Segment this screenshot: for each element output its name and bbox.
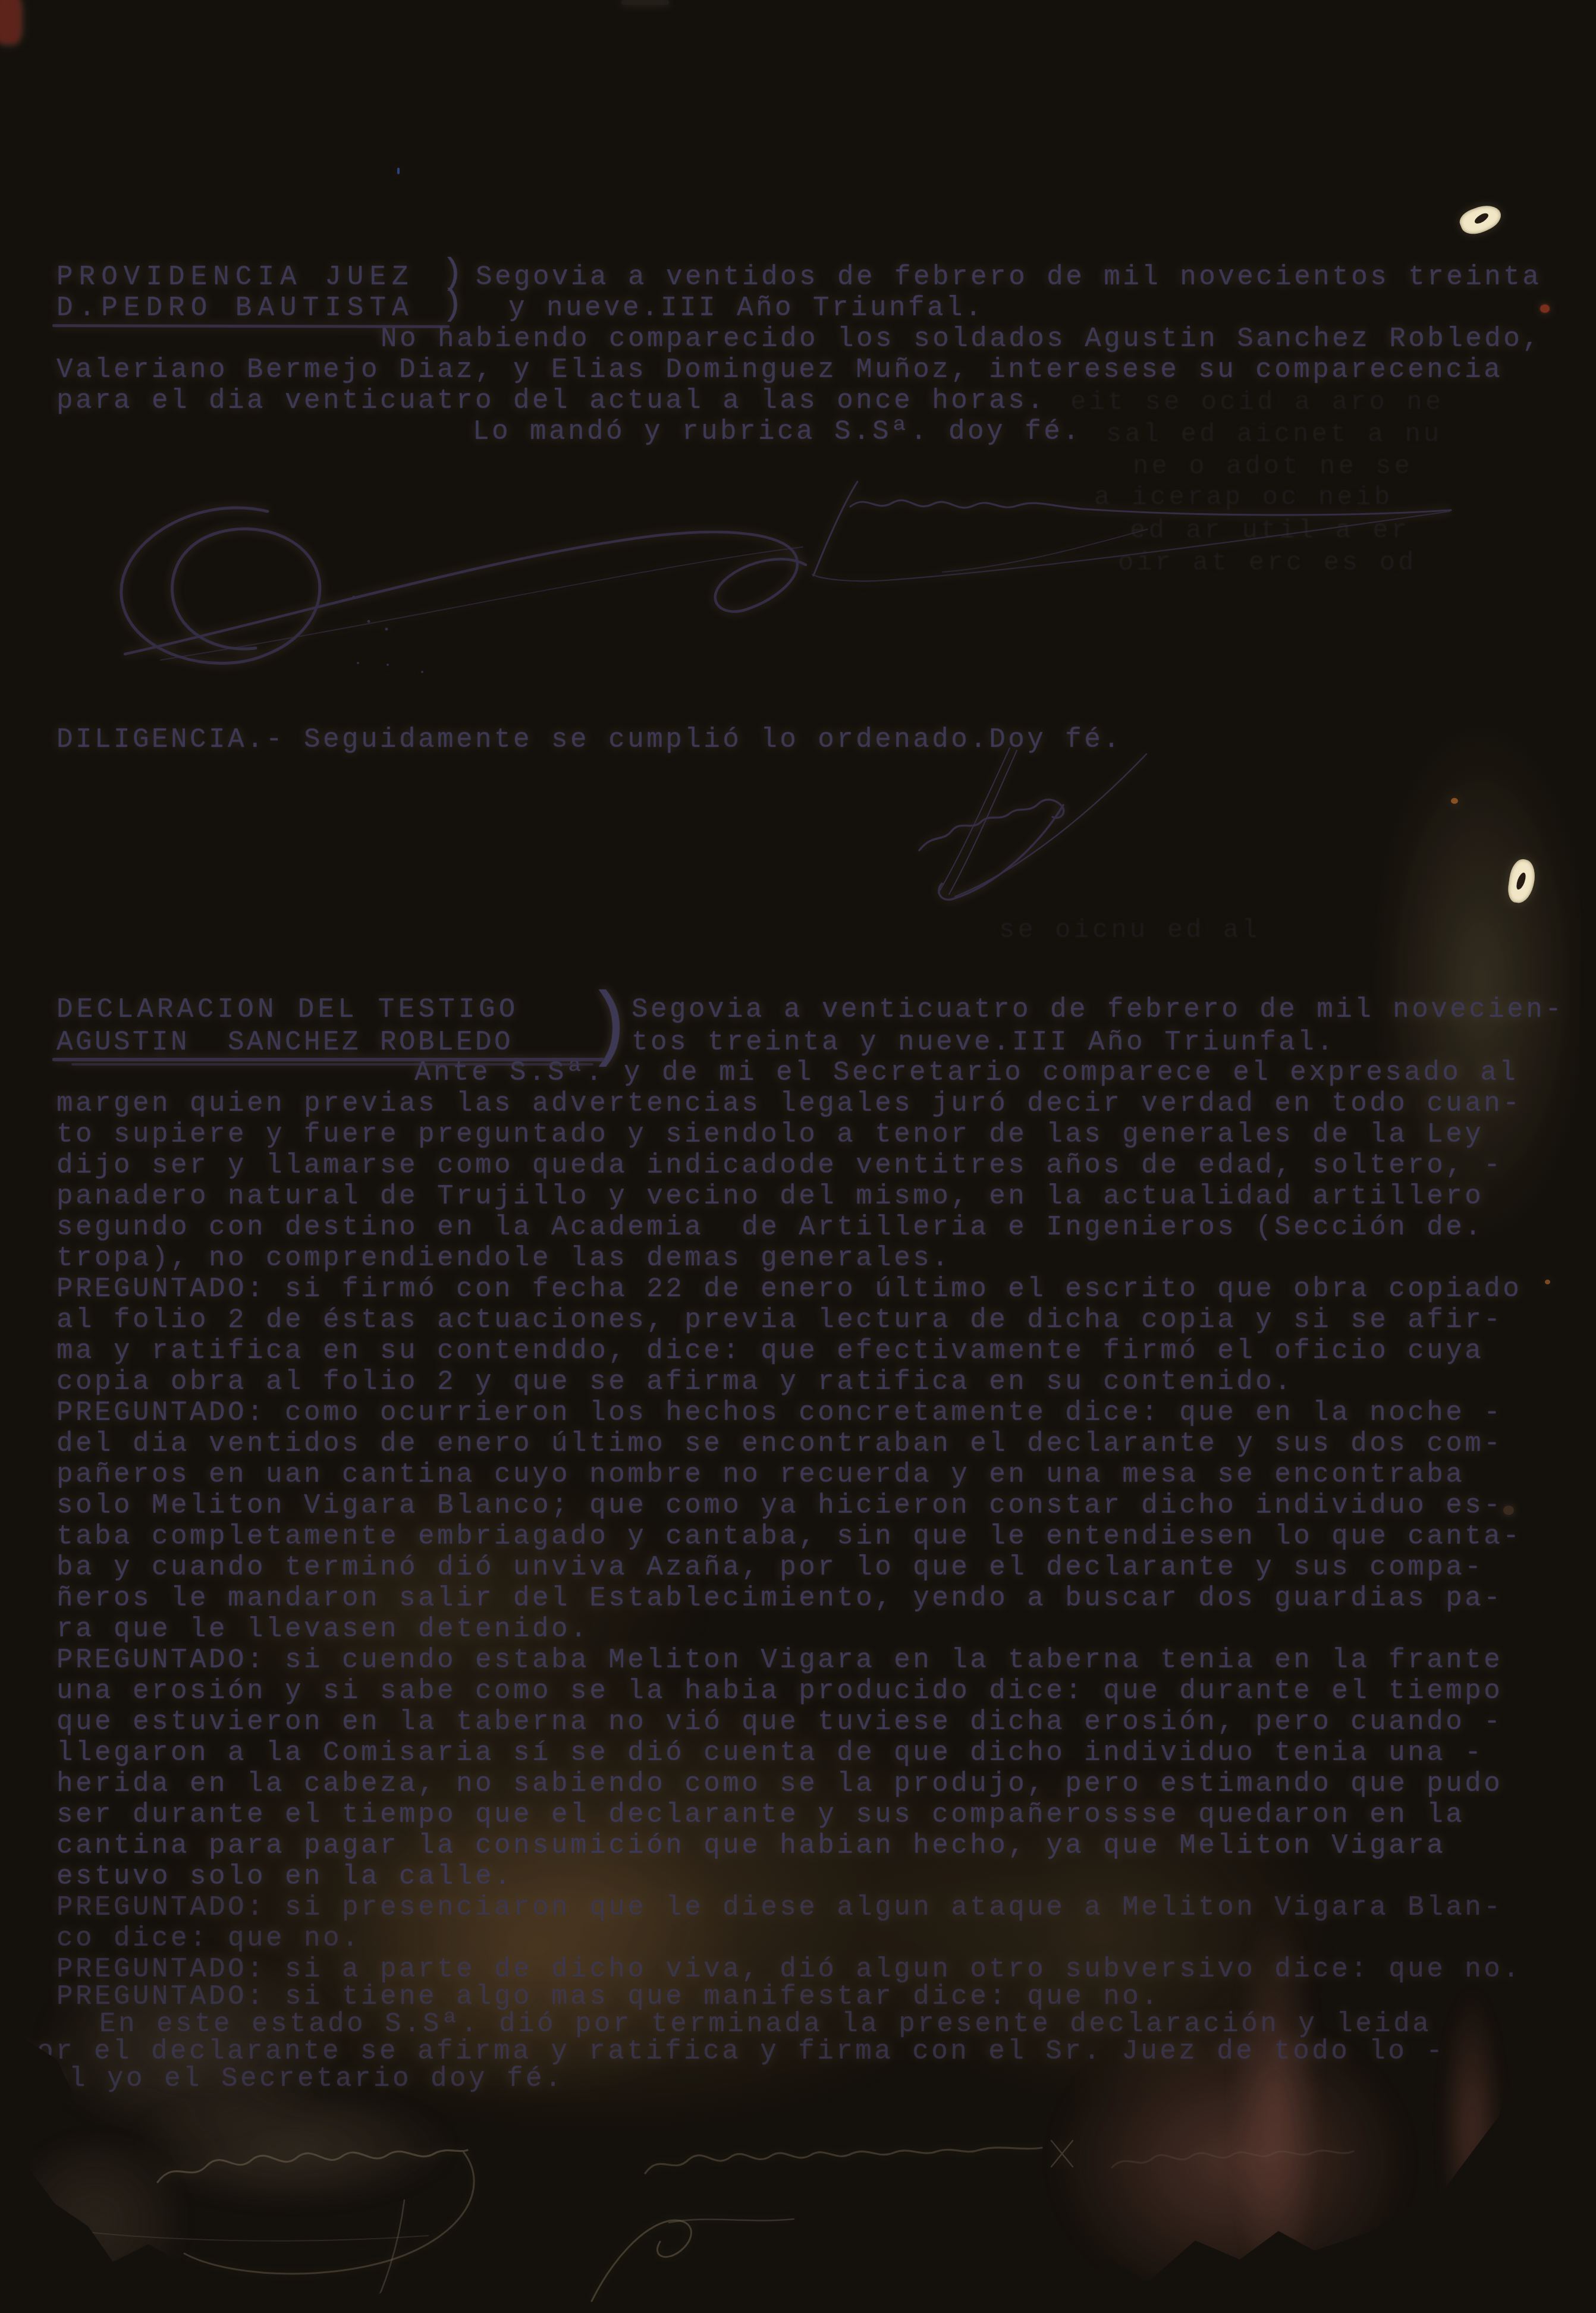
- typed-line: PREGUNTADO: si tiene algo mas que manife…: [56, 1981, 1160, 2012]
- typed-line: to supiere y fuere preguntado y siendolo…: [56, 1119, 1484, 1150]
- ink-blot: [1540, 304, 1550, 313]
- margin-label-underline: [71, 1063, 593, 1066]
- typed-line: ba y cuando terminó dió unviva Azaña, po…: [56, 1552, 1484, 1583]
- typed-line: AGUSTIN SANCHEZ ROBLEDO: [56, 1027, 513, 1058]
- margin-label-underline: [52, 1058, 604, 1061]
- typed-line: PROVIDENCIA JUEZ: [56, 262, 414, 293]
- typed-line: copia obra al folio 2 y que se afirma y …: [56, 1366, 1293, 1397]
- typed-line: y nueve.III Año Triunfal.: [508, 293, 984, 323]
- typed-line: Lo mandó y rubrica S.Sª. doy fé.: [473, 416, 1082, 447]
- typed-line: que estuvieron en la taberna no vió que …: [56, 1707, 1503, 1737]
- soot-smudge: [125, 2081, 458, 2212]
- typed-line: PREGUNTADO: si firmó con fecha 22 de ene…: [56, 1274, 1522, 1305]
- typed-line: No habiendo comparecido los soldados Agu…: [381, 323, 1541, 354]
- typed-line: solo Meliton Vigara Blanco; que como ya …: [56, 1490, 1503, 1521]
- typed-line: co dice: que no.: [56, 1923, 361, 1954]
- typed-line: dijo ser y llamarse como queda indicadod…: [56, 1150, 1503, 1181]
- bleedthrough-line: ed ar util a er: [1130, 516, 1410, 546]
- diligencia-signature: [862, 743, 1165, 904]
- typed-line: herida en la cabeza, no sabiendo como se…: [56, 1768, 1503, 1799]
- typed-line: segundo con destino en la Academia de Ar…: [56, 1212, 1484, 1243]
- typed-line: D.PEDRO BAUTISTA: [56, 293, 414, 323]
- typed-line: tos treinta y nueve.III Año Triunfal.: [632, 1027, 1336, 1058]
- typed-line: para el dia venticuatro del actual a las…: [56, 385, 1046, 416]
- typed-line: taba completamente embriagado y cantaba,…: [56, 1521, 1522, 1552]
- typed-line: ñeros le mandaron salir del Establecimie…: [56, 1583, 1503, 1614]
- typed-line: Valeriano Bermejo Diaz, y Elias Domingue…: [56, 354, 1503, 385]
- typed-line: Segovia a venticuatro de febrero de mil …: [632, 994, 1564, 1025]
- typed-line: PREGUNTADO: como ocurrieron los hechos c…: [56, 1397, 1503, 1428]
- typed-line: Ante S.Sª. y de mi el Secretario compare…: [414, 1057, 1518, 1088]
- ink-blot: [1503, 1506, 1514, 1515]
- blue-speck: [397, 168, 400, 174]
- bleedthrough-line: ne o adot ne se: [1133, 452, 1413, 482]
- corner-burn-mark: [0, 0, 21, 44]
- bleedthrough-line: sal ed aicnet a nu: [1106, 420, 1442, 450]
- pencil-signatures: [48, 2117, 1433, 2313]
- signature-agustin-sanchez: [645, 2141, 1073, 2173]
- paper-tear: [1506, 857, 1537, 904]
- typed-line: En este estado S.Sª. dió por terminada l…: [99, 2009, 1431, 2039]
- judge-rubric-signature: [89, 476, 832, 696]
- typed-line: llegaron a la Comisaria sí se dió cuenta…: [56, 1737, 1484, 1768]
- typed-line: cantina para pagar la consumición que ha…: [56, 1830, 1446, 1861]
- signature-bottom-center: [592, 2219, 794, 2301]
- bleedthrough-line: a icerap oc neib: [1094, 483, 1393, 513]
- signature-bautista: [65, 2150, 474, 2312]
- typed-line: DECLARACION DEL TESTIGO: [56, 994, 519, 1025]
- document-page: eit se ocid a aro nesal ed aicnet a nune…: [0, 0, 1596, 2313]
- typed-line: al folio 2 de éstas actuaciones, previa …: [56, 1305, 1503, 1335]
- typed-line: por el declarante se afirma y ratifica y…: [18, 2036, 1445, 2067]
- typed-line: del dia ventidos de enero último se enco…: [56, 1428, 1503, 1459]
- typed-line: margen quien previas las advertencias le…: [56, 1088, 1522, 1119]
- bleedthrough-line: se oicnu ed al: [999, 916, 1261, 945]
- margin-label-underline: [52, 324, 450, 328]
- soot-smudge: [0, 2129, 190, 2313]
- typed-line: PREGUNTADO: si presenciaron que le diese…: [56, 1892, 1503, 1923]
- typed-line: ra que le llevasen detenido.: [56, 1614, 589, 1645]
- typed-line: tropa), no comprendiendole las demas gen…: [56, 1243, 951, 1274]
- typed-line: cual yo el Secretario doy fé.: [12, 2063, 564, 2094]
- typed-line: PREGUNTADO: si a parte de dicho viva, di…: [56, 1954, 1522, 1985]
- typed-line: estuvo solo en la calle.: [56, 1861, 513, 1892]
- typed-line: PREGUNTADO: si cuendo estaba Meliton Vig…: [56, 1645, 1503, 1676]
- bleedthrough-line: eit se ocid a aro ne: [1070, 388, 1444, 417]
- paper-tear: [1457, 200, 1505, 238]
- typed-line: pañeros en uan cantina cuyo nombre no re…: [56, 1459, 1465, 1490]
- typed-line: panadero natural de Trujillo y vecino de…: [56, 1181, 1484, 1212]
- typed-line: ser durante el tiempo que el declarante …: [56, 1799, 1465, 1830]
- edge-mark: [621, 0, 669, 5]
- typed-line: Segovia a ventidos de febrero de mil nov…: [476, 262, 1541, 293]
- scanned-document-canvas: eit se ocid a aro nesal ed aicnet a nune…: [0, 0, 1596, 2313]
- pink-stain: [1439, 1986, 1504, 2271]
- typed-line: una erosión y si sabe como se la habia p…: [56, 1676, 1503, 1707]
- foxing-spot: [1451, 798, 1458, 804]
- signature-robledo: [1112, 2151, 1353, 2167]
- bleedthrough-line: oir at erc es od: [1118, 548, 1416, 578]
- foxing-spot: [1545, 1280, 1550, 1284]
- margin-brace: ): [441, 283, 463, 325]
- typed-line: DILIGENCIA.- Seguidamente se cumplió lo …: [56, 724, 1122, 755]
- typed-line: ma y ratifica en su contenddo, dice: que…: [56, 1335, 1484, 1366]
